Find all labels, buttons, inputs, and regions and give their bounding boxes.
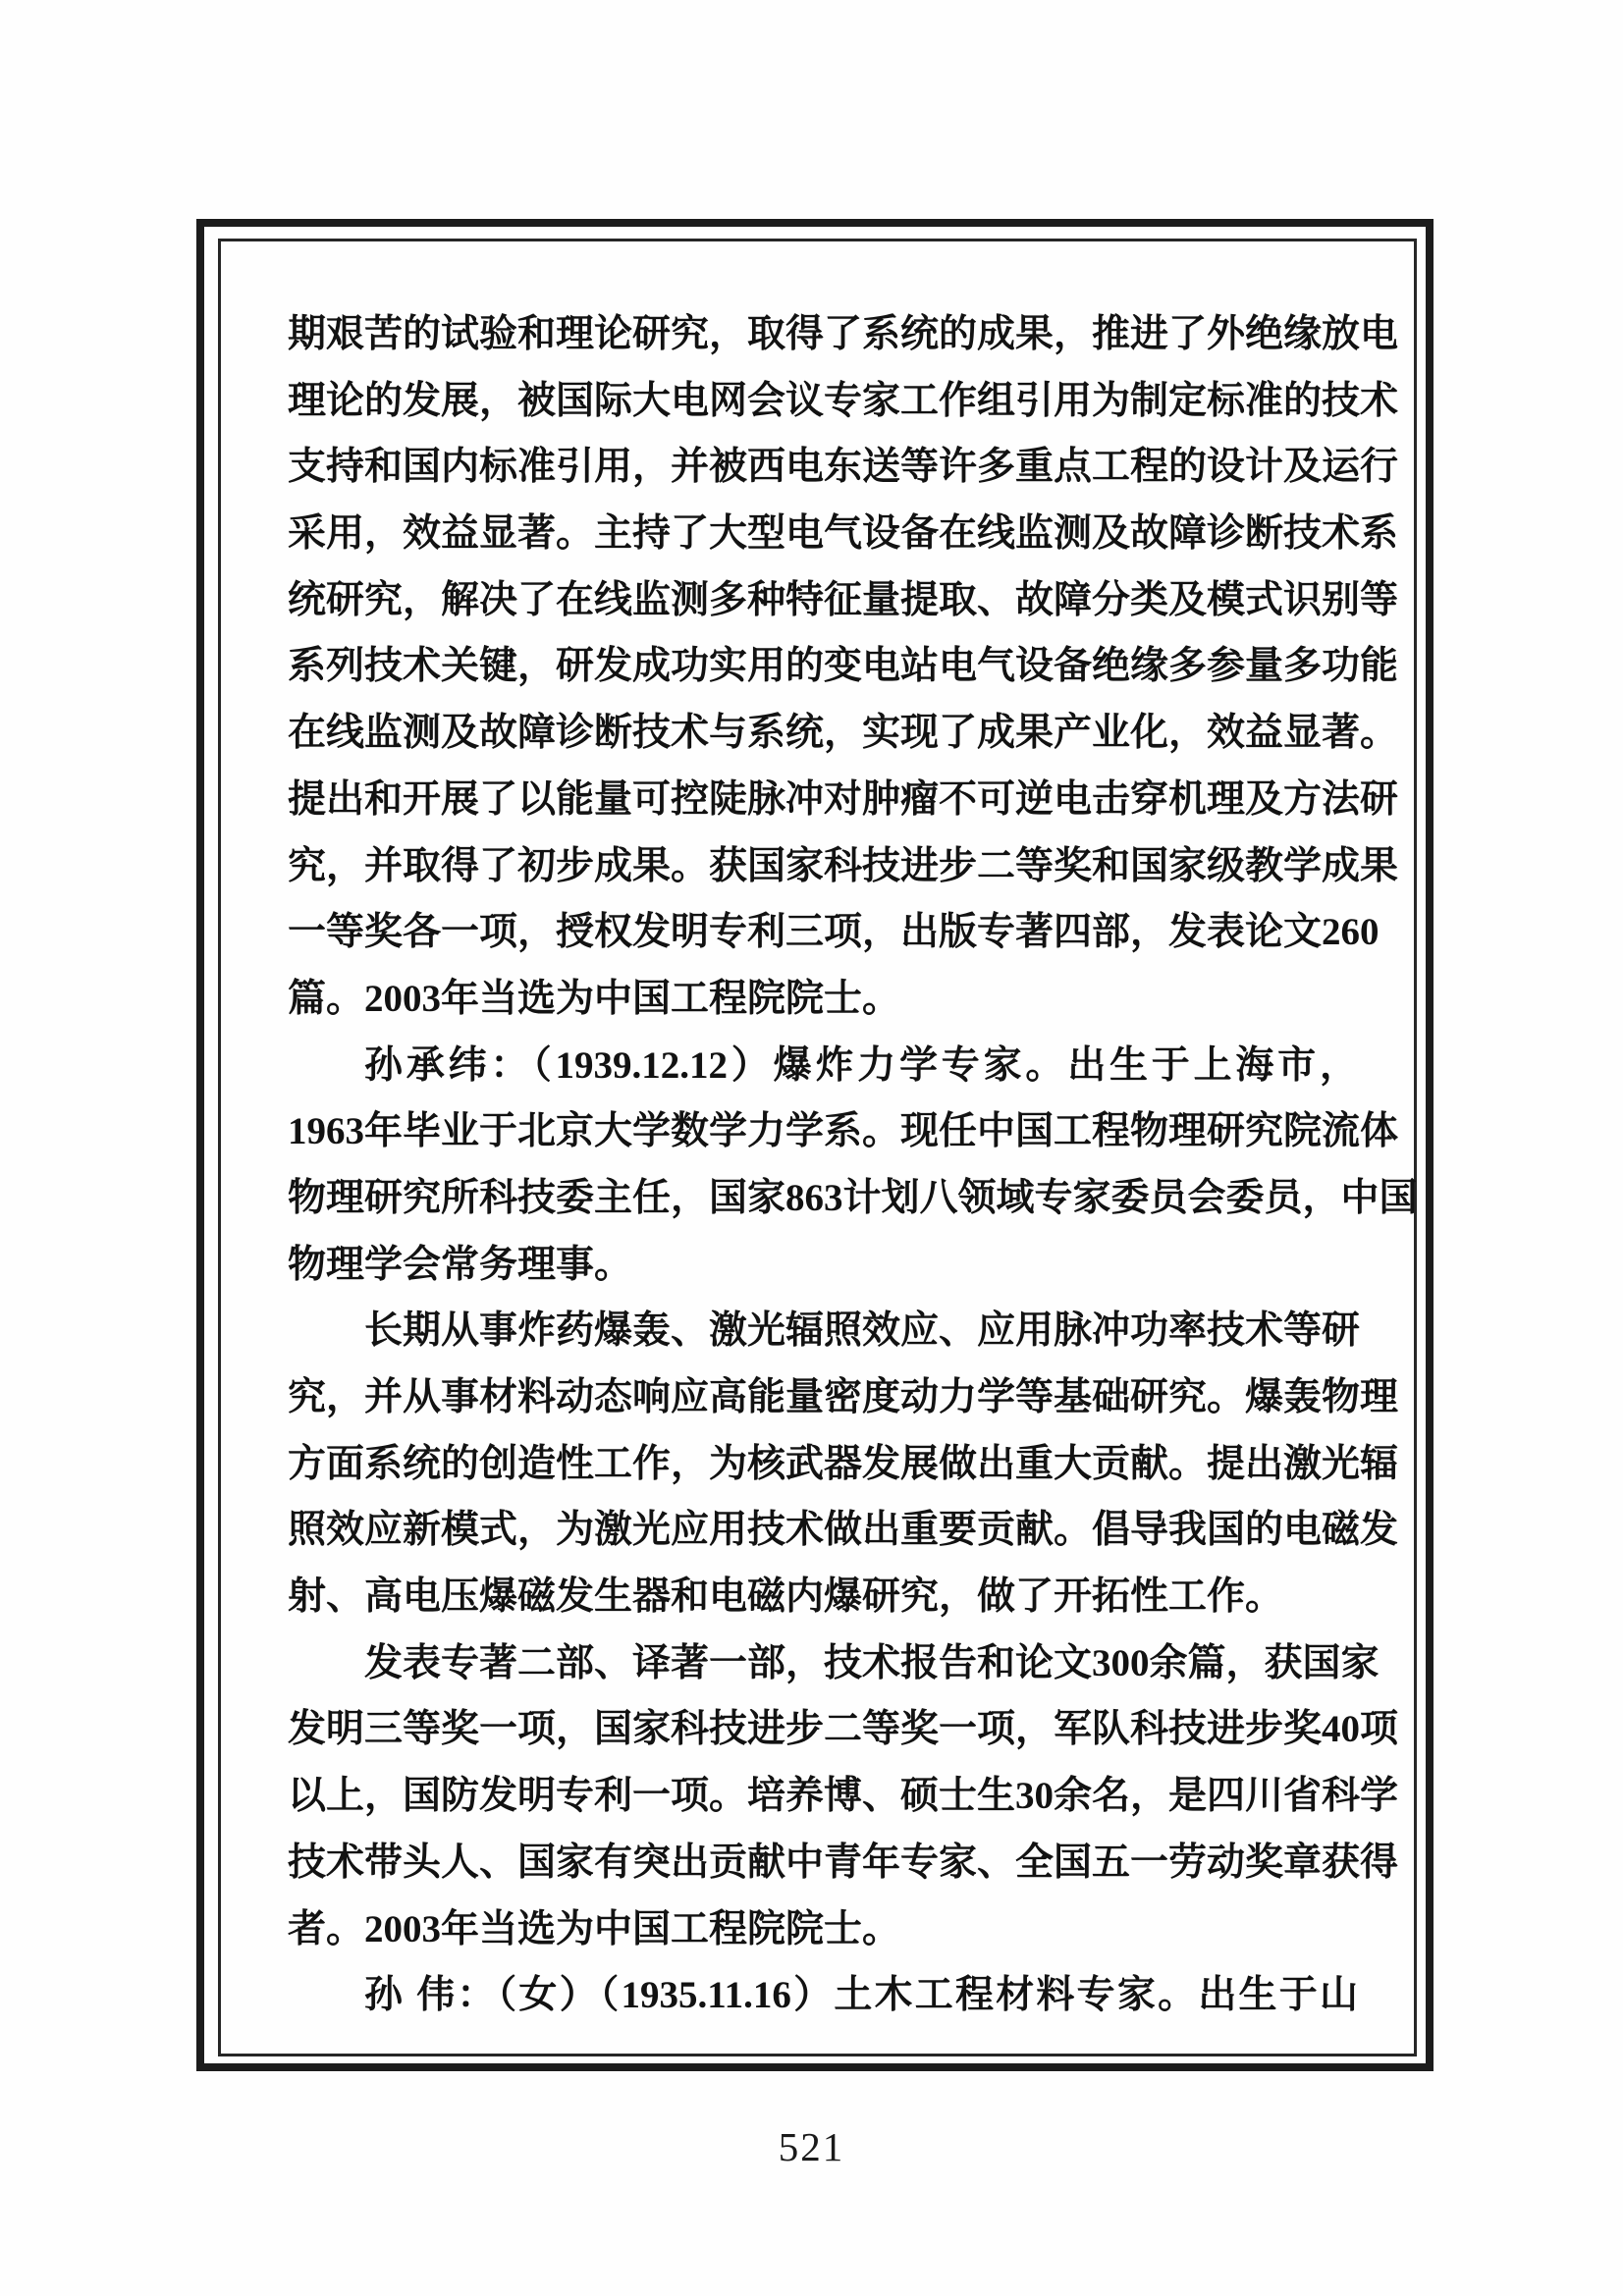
text-line: 提出和开展了以能量可控陡脉冲对肿瘤不可逆电击穿机理及方法研 <box>288 767 1358 833</box>
text-line: 射、高电压爆磁发生器和电磁内爆研究，做了开拓性工作。 <box>288 1564 1358 1630</box>
text-line: 理论的发展，被国际大电网会议专家工作组引用为制定标准的技术 <box>288 368 1358 435</box>
text-line: 者。2003年当选为中国工程院院士。 <box>288 1896 1358 1963</box>
text-line: 在线监测及故障诊断技术与系统，实现了成果产业化，效益显著。 <box>288 700 1358 767</box>
text-line: 1963年毕业于北京大学数学力学系。现任中国工程物理研究院流体 <box>288 1098 1358 1165</box>
text-line: 物理学会常务理事。 <box>288 1232 1358 1299</box>
text-line: 究，并取得了初步成果。获国家科技进步二等奖和国家级教学成果 <box>288 833 1358 900</box>
text-line: 究，并从事材料动态响应高能量密度动力学等基础研究。爆轰物理 <box>288 1364 1358 1431</box>
text-line: 系列技术关键，研发成功实用的变电站电气设备绝缘多参量多功能 <box>288 633 1358 700</box>
text-line: 支持和国内标准引用，并被西电东送等许多重点工程的设计及运行 <box>288 434 1358 501</box>
page-number: 521 <box>0 2123 1623 2170</box>
text-line: 以上，国防发明专利一项。培养博、硕士生30余名，是四川省科学 <box>288 1763 1358 1830</box>
text-line: 长期从事炸药爆轰、激光辐照效应、应用脉冲功率技术等研 <box>288 1298 1358 1364</box>
text-line: 期艰苦的试验和理论研究，取得了系统的成果，推进了外绝缘放电 <box>288 301 1358 368</box>
text-line: 孙承纬：（1939.12.12）爆炸力学专家。出生于上海市， <box>288 1033 1358 1099</box>
book-page: 期艰苦的试验和理论研究，取得了系统的成果，推进了外绝缘放电理论的发展，被国际大电… <box>0 0 1623 2296</box>
text-line: 物理研究所科技委主任，国家863计划八领域专家委员会委员，中国 <box>288 1165 1358 1232</box>
text-line: 统研究，解决了在线监测多种特征量提取、故障分类及模式识别等 <box>288 567 1358 634</box>
text-line: 照效应新模式，为激光应用技术做出重要贡献。倡导我国的电磁发 <box>288 1497 1358 1564</box>
text-line: 篇。2003年当选为中国工程院院士。 <box>288 966 1358 1033</box>
text-line: 采用，效益显著。主持了大型电气设备在线监测及故障诊断技术系 <box>288 501 1358 567</box>
text-line: 发明三等奖一项，国家科技进步二等奖一项，军队科技进步奖40项 <box>288 1696 1358 1763</box>
text-line: 方面系统的创造性工作，为核武器发展做出重大贡献。提出激光辐 <box>288 1431 1358 1498</box>
text-line: 一等奖各一项，授权发明专利三项，出版专著四部，发表论文260 <box>288 899 1358 966</box>
body-text: 期艰苦的试验和理论研究，取得了系统的成果，推进了外绝缘放电理论的发展，被国际大电… <box>288 301 1358 2029</box>
text-line: 孙 伟：（女）（1935.11.16）土木工程材料专家。出生于山 <box>288 1962 1358 2029</box>
text-line: 技术带头人、国家有突出贡献中青年专家、全国五一劳动奖章获得 <box>288 1830 1358 1896</box>
text-line: 发表专著二部、译著一部，技术报告和论文300余篇，获国家 <box>288 1630 1358 1697</box>
